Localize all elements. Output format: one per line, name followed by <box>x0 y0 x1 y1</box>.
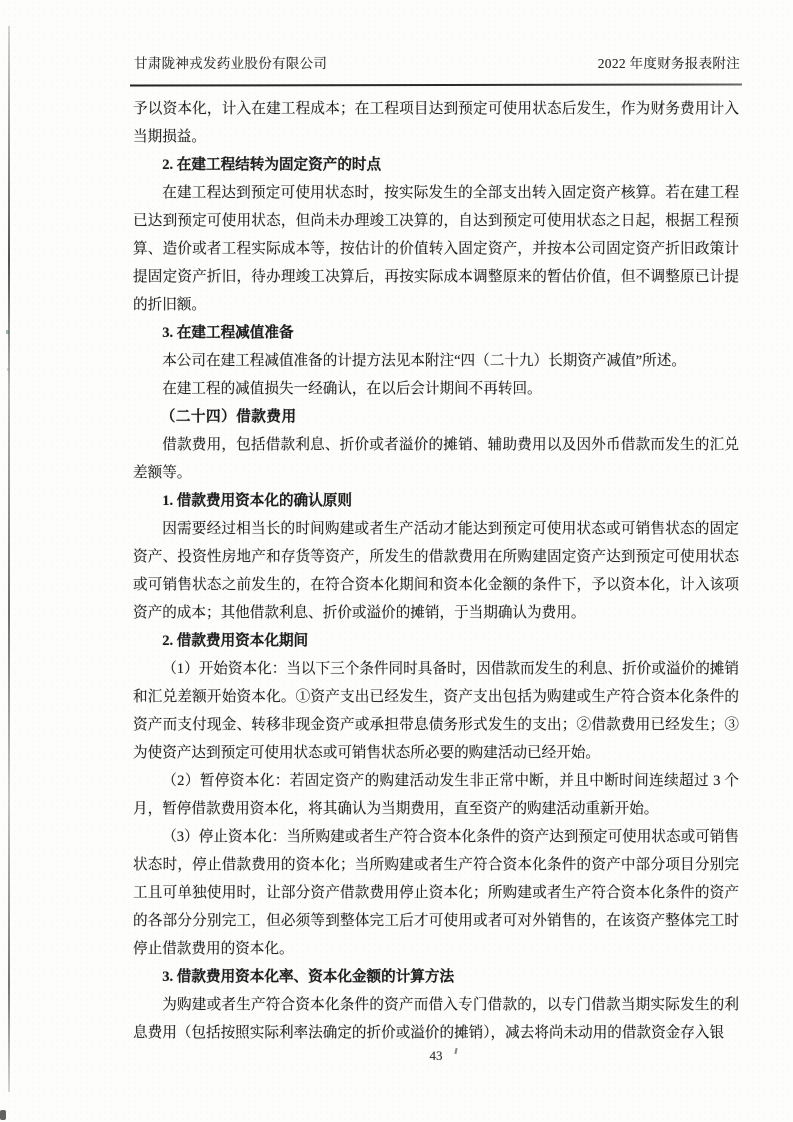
report-title: 2022 年度财务报表附注 <box>598 52 740 72</box>
paragraph: 借款费用，包括借款利息、折价或者溢价的摊销、辅助费用以及因外币借款而发生的汇兑差… <box>133 431 739 487</box>
subheading: 2. 借款费用资本化期间 <box>133 627 739 655</box>
scan-edge-artifact <box>8 26 10 1092</box>
paragraph: （1）开始资本化：当以下三个条件同时具备时，因借款而发生的利息、折价或溢价的摊销… <box>133 655 739 767</box>
paragraph: 因需要经过相当长的时间购建或者生产活动才能达到预定可使用状态或可销售状态的固定资… <box>133 515 739 627</box>
subheading: 3. 在建工程减值准备 <box>133 319 739 347</box>
paragraph: 在建工程的减值损失一经确认，在以后会计期间不再转回。 <box>133 375 739 403</box>
header-rule <box>130 83 742 86</box>
page-footer: 43 <box>133 1048 739 1064</box>
paragraph: （2）暂停资本化：若固定资产的购建活动发生非正常中断，并且中断时间连续超过 3 … <box>133 767 739 823</box>
page-number: 43 <box>430 1048 443 1063</box>
page-header: 甘肃陇神戎发药业股份有限公司 2022 年度财务报表附注 <box>134 52 740 72</box>
paragraph: 为购建或者生产符合资本化条件的资产而借入专门借款的，以专门借款当期实际发生的利息… <box>133 991 739 1047</box>
scan-smudge <box>0 1110 6 1120</box>
scan-speck <box>7 368 10 371</box>
paragraph: 予以资本化，计入在建工程成本；在工程项目达到预定可使用状态后发生，作为财务费用计… <box>133 95 739 151</box>
paragraph: （3）停止资本化：当所购建或者生产符合资本化条件的资产达到预定可使用状态或可销售… <box>133 823 739 963</box>
scan-speck <box>6 330 9 334</box>
subheading: 1. 借款费用资本化的确认原则 <box>133 487 739 515</box>
page-body: 予以资本化，计入在建工程成本；在工程项目达到预定可使用状态后发生，作为财务费用计… <box>133 95 739 1047</box>
subheading: 2. 在建工程结转为固定资产的时点 <box>133 151 739 179</box>
subheading: 3. 借款费用资本化率、资本化金额的计算方法 <box>133 963 739 991</box>
company-name: 甘肃陇神戎发药业股份有限公司 <box>134 52 327 72</box>
section-heading: （二十四）借款费用 <box>133 403 739 431</box>
paragraph: 在建工程达到预定可使用状态时，按实际发生的全部支出转入固定资产核算。若在建工程已… <box>133 179 739 319</box>
paragraph: 本公司在建工程减值准备的计提方法见本附注“四（二十九）长期资产减值”所述。 <box>133 347 739 375</box>
